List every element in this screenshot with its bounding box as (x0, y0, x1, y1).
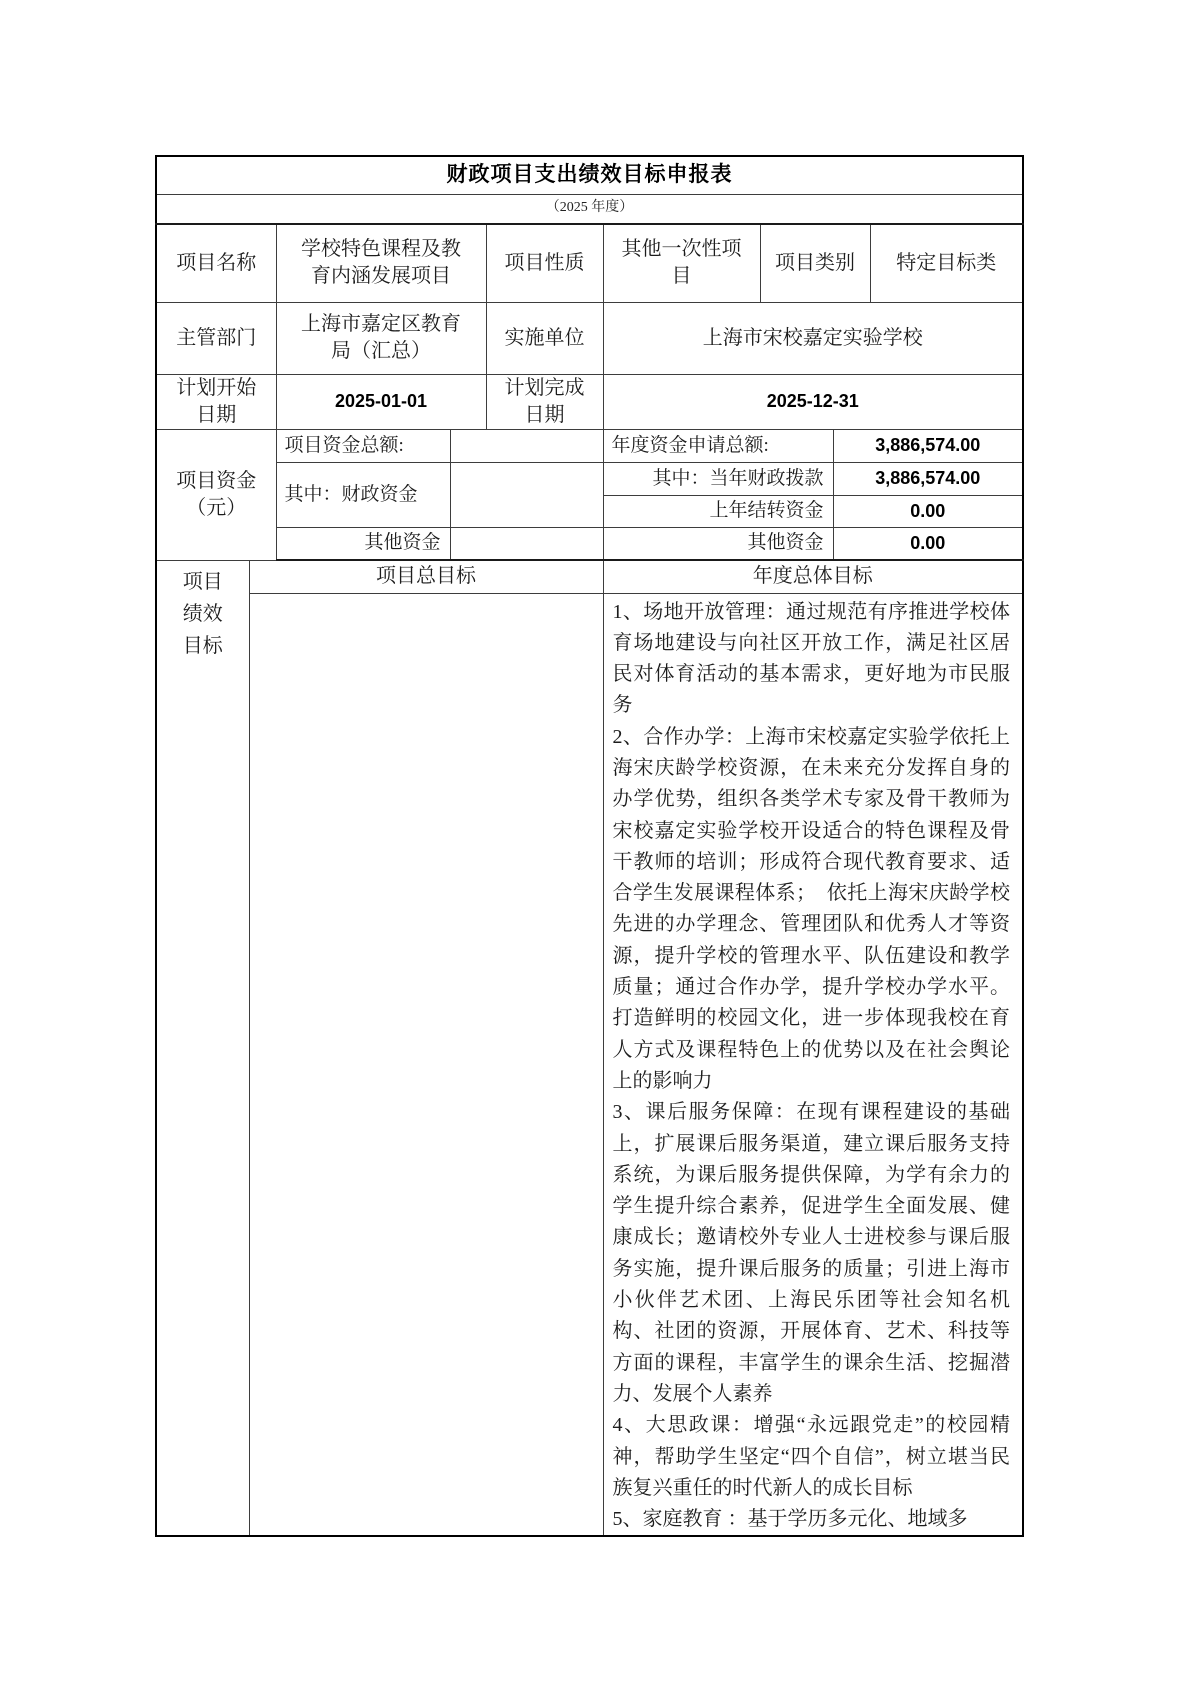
fiscal-funds-value (450, 462, 603, 527)
overall-goal-header: 项目总目标 (249, 560, 603, 593)
annual-goal-content: 1、场地开放管理：通过规范有序推进学校体育场地建设与向社区开放工作，满足社区居民… (603, 593, 1023, 1536)
form-title: 财政项目支出绩效目标申报表 (156, 156, 1023, 194)
annual-goal-paragraph: 1、场地开放管理：通过规范有序推进学校体育场地建设与向社区开放工作，满足社区居民… (613, 597, 1011, 722)
performance-section-label: 项目 绩效 目标 (156, 560, 249, 1536)
carryover-label: 上年结转资金 (603, 495, 833, 527)
annual-request-value: 3,886,574.00 (833, 429, 1023, 462)
funding-row-fiscal: 其中：财政资金 其中：当年财政拨款 3,886,574.00 (156, 462, 1023, 495)
impl-unit-label: 实施单位 (486, 302, 603, 374)
plan-end-label: 计划完成日期 (486, 374, 603, 429)
form-subtitle: （2025 年度） (156, 194, 1023, 224)
current-allocation-value: 3,886,574.00 (833, 462, 1023, 495)
fiscal-funds-label: 其中：财政资金 (276, 462, 450, 527)
project-nature-value: 其他一次性项目 (603, 224, 760, 302)
current-allocation-label: 其中：当年财政拨款 (603, 462, 833, 495)
subtitle-row: （2025 年度） (156, 194, 1023, 224)
plan-start-value: 2025-01-01 (276, 374, 486, 429)
project-name-label: 项目名称 (156, 224, 276, 302)
funding-row-total: 项目资金 （元） 项目资金总额: 年度资金申请总额: 3,886,574.00 (156, 429, 1023, 462)
project-category-label: 项目类别 (760, 224, 870, 302)
dept-value: 上海市嘉定区教育局（汇总） (276, 302, 486, 374)
dept-label: 主管部门 (156, 302, 276, 374)
dept-row: 主管部门 上海市嘉定区教育局（汇总） 实施单位 上海市宋校嘉定实验学校 (156, 302, 1023, 374)
declaration-form-table: 财政项目支出绩效目标申报表 （2025 年度） 项目名称 学校特色课程及教育内涵… (155, 155, 1024, 1537)
annual-request-label: 年度资金申请总额: (603, 429, 833, 462)
plan-start-label: 计划开始日期 (156, 374, 276, 429)
annual-goal-paragraph: 5、家庭教育 ：基于学历多元化、地域多 (613, 1504, 1011, 1535)
annual-goal-paragraph: 4、大思政课：增强“永远跟党走”的校园精神，帮助学生坚定“四个自信”，树立堪当民… (613, 1410, 1011, 1504)
other-funds-left-label: 其他资金 (276, 527, 450, 560)
funding-row-other: 其他资金 其他资金 0.00 (156, 527, 1023, 560)
annual-goal-paragraph: 3、课后服务保障：在现有课程建设的基础上，扩展课后服务渠道，建立课后服务支持系统… (613, 1097, 1011, 1410)
funding-section-label: 项目资金 （元） (156, 429, 276, 560)
project-name-row: 项目名称 学校特色课程及教育内涵发展项目 项目性质 其他一次性项目 项目类别 特… (156, 224, 1023, 302)
goal-content-row: 1、场地开放管理：通过规范有序推进学校体育场地建设与向社区开放工作，满足社区居民… (156, 593, 1023, 1536)
project-category-value: 特定目标类 (870, 224, 1023, 302)
impl-unit-value: 上海市宋校嘉定实验学校 (603, 302, 1023, 374)
title-row: 财政项目支出绩效目标申报表 (156, 156, 1023, 194)
annual-goal-header: 年度总体目标 (603, 560, 1023, 593)
carryover-value: 0.00 (833, 495, 1023, 527)
other-funds-right-label: 其他资金 (603, 527, 833, 560)
project-name-value: 学校特色课程及教育内涵发展项目 (276, 224, 486, 302)
annual-goal-paragraph: 2、合作办学：上海市宋校嘉定实验学依托上海宋庆龄学校资源，在未来充分发挥自身的办… (613, 722, 1011, 1098)
other-funds-left-value (450, 527, 603, 560)
project-nature-label: 项目性质 (486, 224, 603, 302)
funding-total-value (450, 429, 603, 462)
overall-goal-content (249, 593, 603, 1536)
plan-end-value: 2025-12-31 (603, 374, 1023, 429)
other-funds-right-value: 0.00 (833, 527, 1023, 560)
document-page: 财政项目支出绩效目标申报表 （2025 年度） 项目名称 学校特色课程及教育内涵… (0, 0, 1190, 1682)
goal-header-row: 项目 绩效 目标 项目总目标 年度总体目标 (156, 560, 1023, 593)
plan-dates-row: 计划开始日期 2025-01-01 计划完成日期 2025-12-31 (156, 374, 1023, 429)
funding-total-label: 项目资金总额: (276, 429, 450, 462)
